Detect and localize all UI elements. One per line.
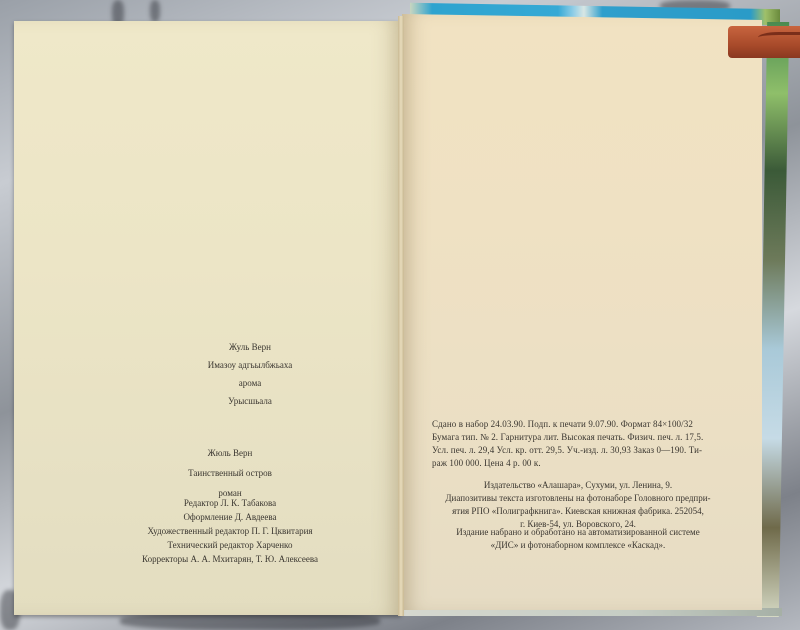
- imprint-block: Сдано в набор 24.03.90. Подп. к печати 9…: [432, 418, 727, 470]
- credit-line: Технический редактор Харченко: [90, 538, 370, 552]
- abkhaz-title-block: Жуль Верн Имазоу адгьылбжьаха арома Урыс…: [150, 341, 350, 413]
- system-line: «ДИС» и фотонаборном комплексе «Каскад».: [428, 539, 728, 552]
- imprint-line: Усл. печ. л. 29,4 Усл. кр. отт. 29,5. Уч…: [432, 444, 727, 457]
- publisher-block: Издательство «Алашара», Сухуми, ул. Лени…: [428, 479, 728, 531]
- credits-block: Редактор Л. К. Табакова Оформление Д. Ав…: [90, 496, 370, 566]
- credit-line: Оформление Д. Авдеева: [90, 510, 370, 524]
- credit-line: Художественный редактор П. Г. Цквитария: [90, 524, 370, 538]
- imprint-line: Бумага тип. № 2. Гарнитура лит. Высокая …: [432, 431, 727, 444]
- book-gutter: [398, 16, 404, 616]
- abkhaz-language-note: Урысшьала: [150, 395, 350, 408]
- russian-title-block: Жюль Верн Таинственный остров роман: [90, 447, 370, 500]
- abkhaz-author: Жуль Верн: [150, 341, 350, 354]
- open-book: Жуль Верн Имазоу адгьылбжьаха арома Урыс…: [0, 0, 800, 630]
- bookmark-hook: [758, 32, 800, 43]
- typesetting-system-block: Издание набрано и обработано на автомати…: [428, 526, 728, 552]
- russian-title: Таинственный остров: [90, 467, 370, 480]
- publisher-line: ятия РПО «Полиграфкнига». Киевская книжн…: [428, 505, 728, 518]
- abkhaz-title: Имазоу адгьылбжьаха: [150, 359, 350, 372]
- imprint-line: раж 100 000. Цена 4 р. 00 к.: [432, 457, 727, 470]
- publisher-line: Издательство «Алашара», Сухуми, ул. Лени…: [428, 479, 728, 492]
- publisher-line: Диапозитивы текста изготовлены на фотона…: [428, 492, 728, 505]
- abkhaz-genre: арома: [150, 377, 350, 390]
- system-line: Издание набрано и обработано на автомати…: [428, 526, 728, 539]
- imprint-line: Сдано в набор 24.03.90. Подп. к печати 9…: [432, 418, 727, 431]
- credit-line: Корректоры А. А. Мхитарян, Т. Ю. Алексее…: [90, 552, 370, 566]
- russian-author: Жюль Верн: [90, 447, 370, 460]
- credit-line: Редактор Л. К. Табакова: [90, 496, 370, 510]
